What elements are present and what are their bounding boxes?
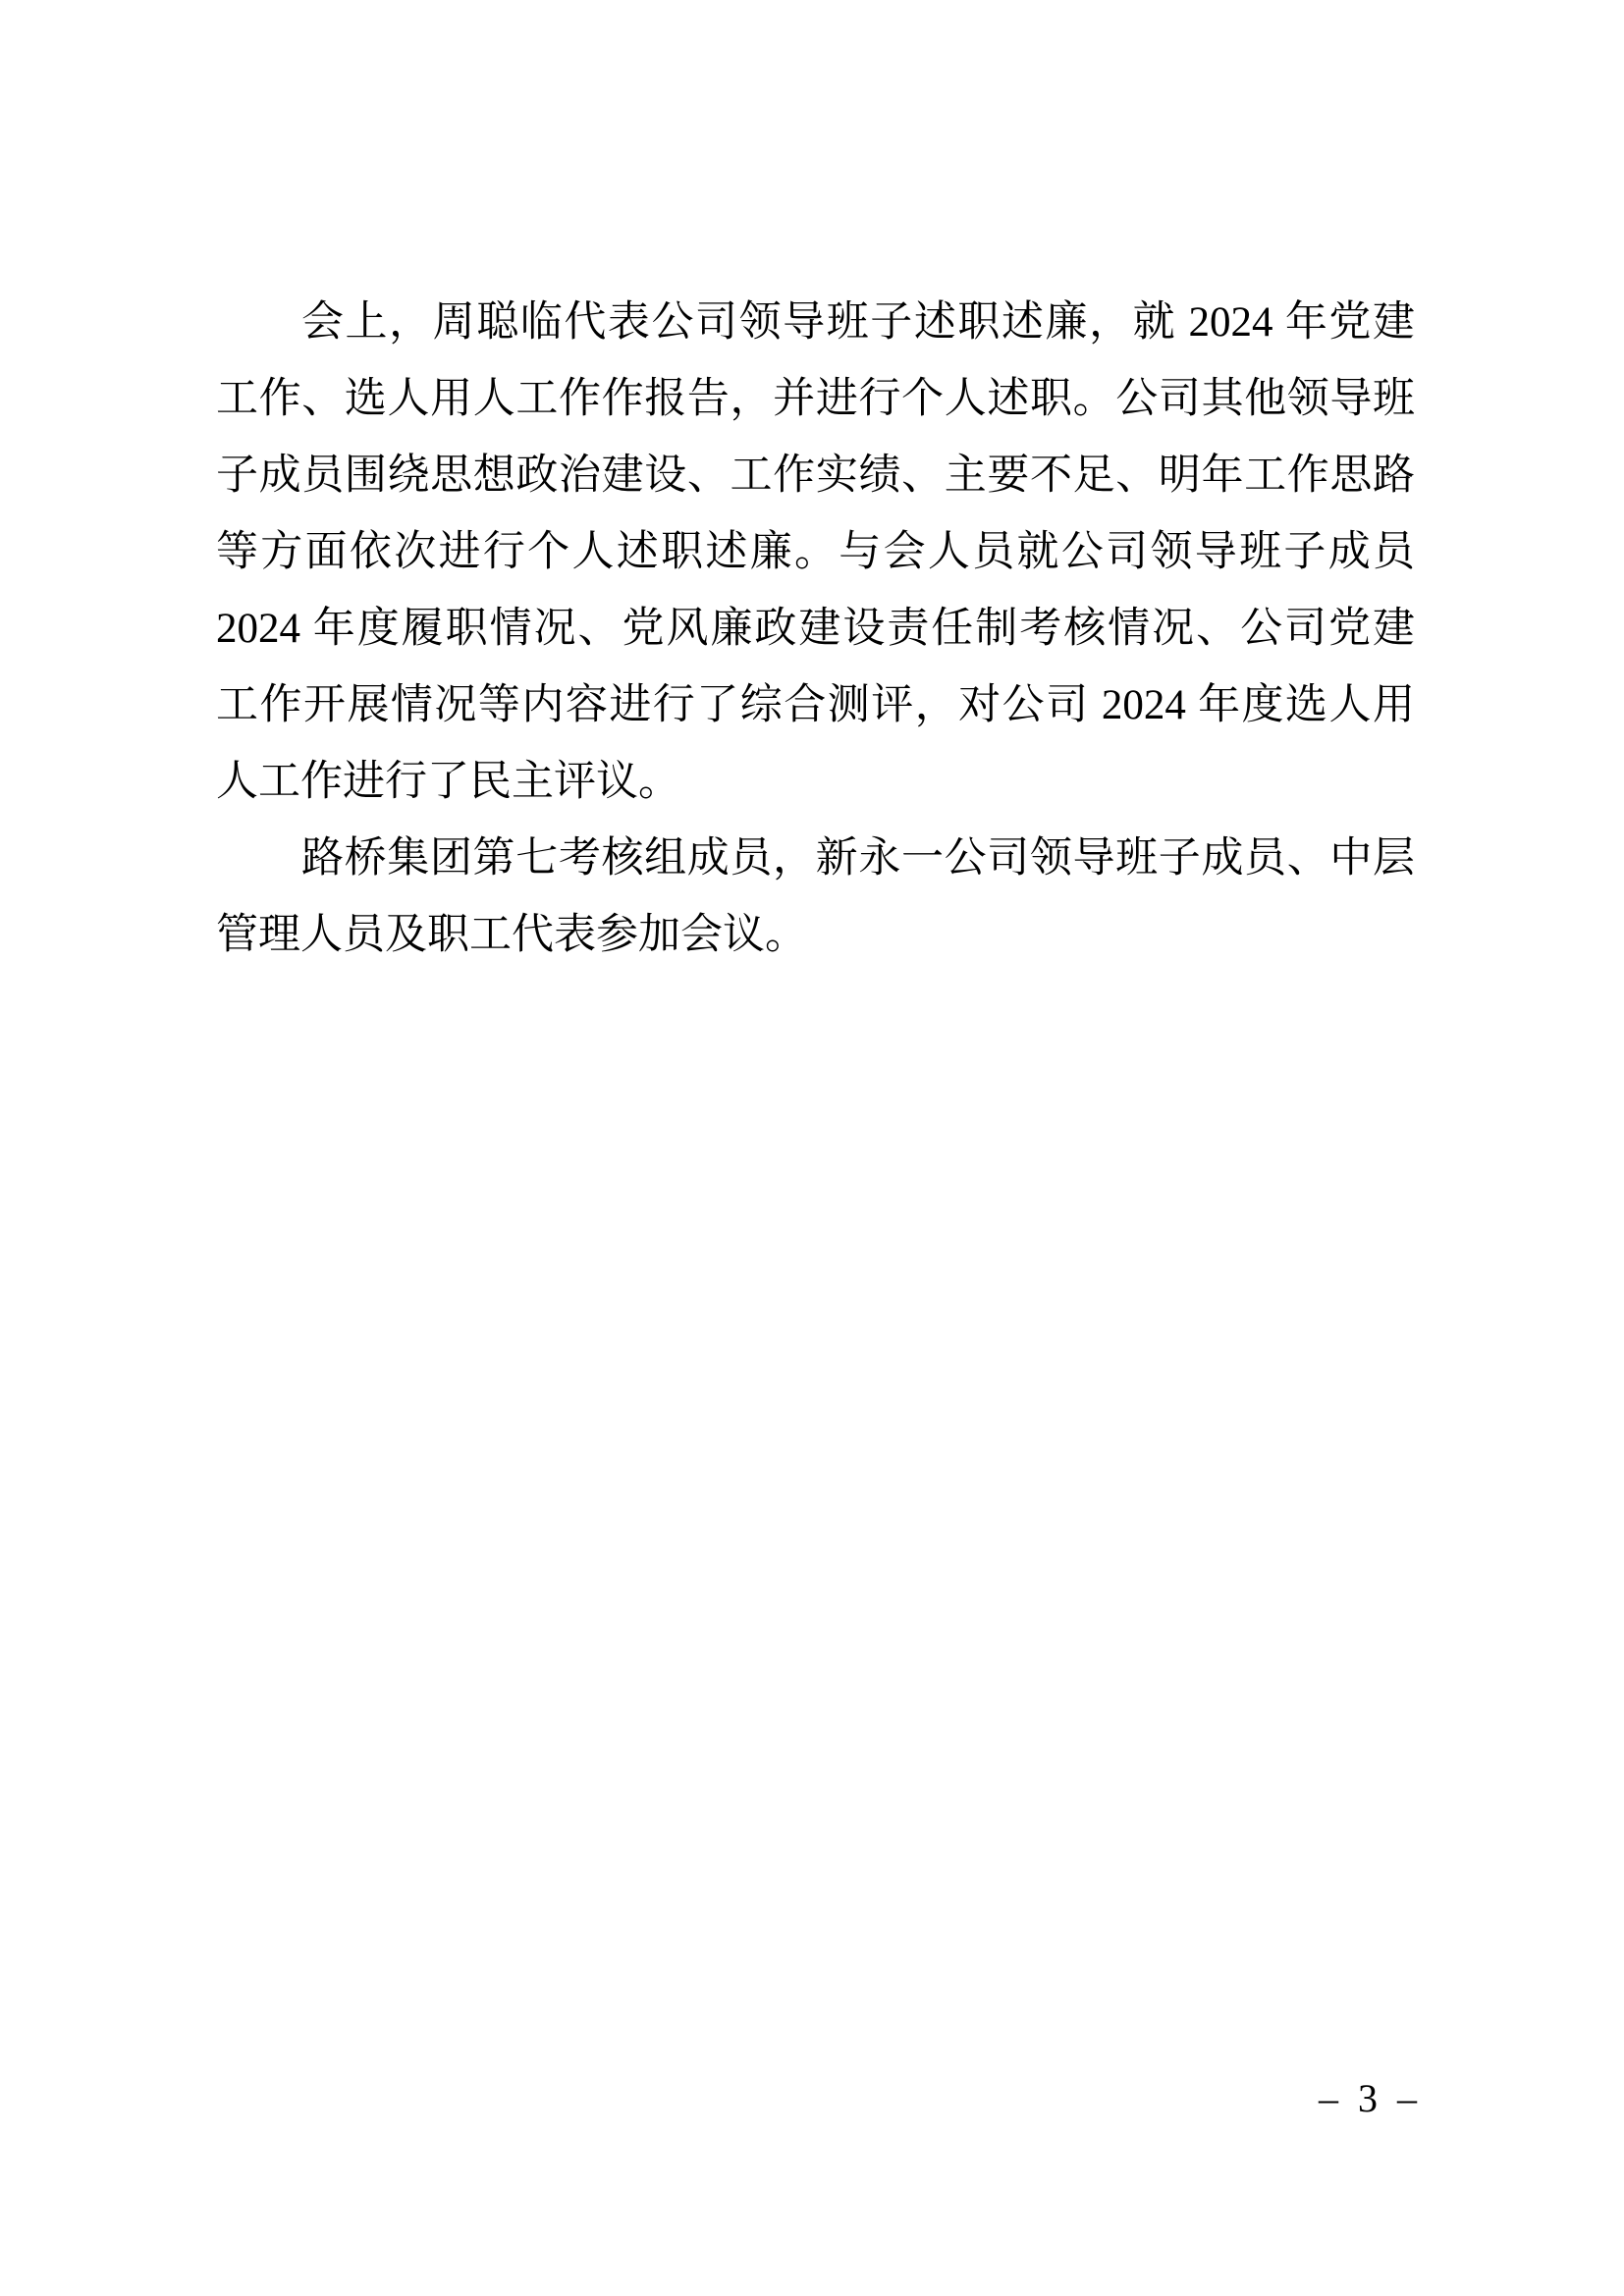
paragraph-1-line-3: 子成员围绕思想政治建设、工作实绩、主要不足、明年工作思路 bbox=[216, 438, 1415, 514]
paragraph-1-line-1: 会上，周聪临代表公司领导班子述职述廉，就 2024 年党建 bbox=[216, 285, 1415, 361]
paragraph-1-line-6: 工作开展情况等内容进行了综合测评，对公司 2024 年度选人用 bbox=[216, 667, 1415, 744]
paragraph-2-line-2: 管理人员及职工代表参加会议。 bbox=[216, 897, 1415, 974]
document-page: 会上，周聪临代表公司领导班子述职述廉，就 2024 年党建 工作、选人用人工作作… bbox=[0, 0, 1624, 2296]
page-number: – 3 – bbox=[1319, 2071, 1446, 2126]
paragraph-1-line-4: 等方面依次进行个人述职述廉。与会人员就公司领导班子成员 bbox=[216, 514, 1415, 591]
paragraph-2-line-1: 路桥集团第七考核组成员，新永一公司领导班子成员、中层 bbox=[216, 821, 1415, 897]
body-text: 会上，周聪临代表公司领导班子述职述廉，就 2024 年党建 工作、选人用人工作作… bbox=[216, 285, 1415, 974]
paragraph-1-line-5: 2024 年度履职情况、党风廉政建设责任制考核情况、公司党建 bbox=[216, 591, 1415, 667]
paragraph-1-line-7: 人工作进行了民主评议。 bbox=[216, 744, 1415, 821]
paragraph-1-line-2: 工作、选人用人工作作报告，并进行个人述职。公司其他领导班 bbox=[216, 361, 1415, 438]
